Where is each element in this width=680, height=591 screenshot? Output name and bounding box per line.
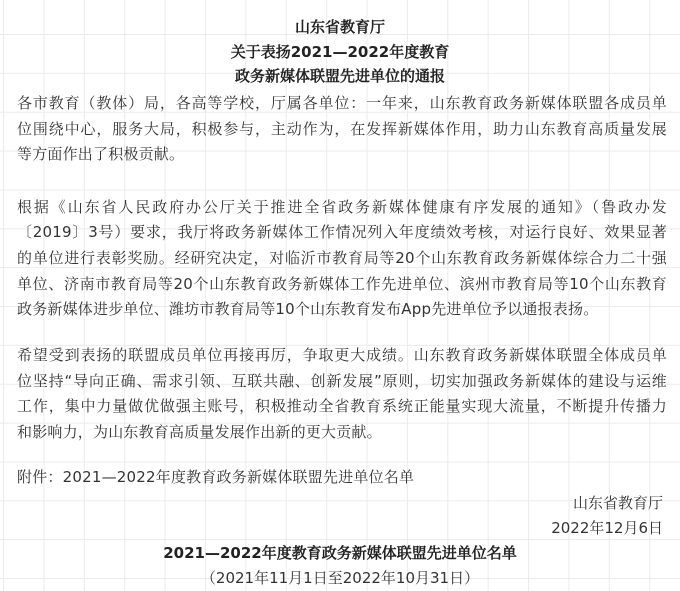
paragraph-line: 工作，集中力量做优做强主账号，积极推动全省教育系统正能量实现大流量，不断提升传播… [17, 393, 667, 419]
paragraph-line: 等方面作出了积极贡献。 [17, 141, 667, 167]
paragraph-line: 〔2019〕3号）要求，我厅将政务新媒体工作情况列入年度绩效考核，对运行良好、效… [17, 219, 667, 245]
paragraph-line: 政务新媒体进步单位、潍坊市教育局等10个山东教育发布App先进单位予以通报表扬。 [17, 296, 667, 322]
paragraph-line: 位坚持“导向正确、需求引领、互联共融、创新发展”原则，切实加强政务新媒体的建设与… [17, 368, 667, 394]
attachment-label: 附件：2021—2022年度教育政务新媒体联盟先进单位名单 [17, 464, 667, 490]
paragraph-line: 位围绕中心，服务大局，积极参与，主动作为，在发挥新媒体作用，助力山东教育高质量发… [17, 116, 667, 142]
notice-title-line-1: 关于表扬2021—2022年度教育 [0, 40, 680, 64]
issuer-heading: 山东省教育厅 [0, 15, 680, 39]
signature-issuer: 山东省教育厅 [573, 490, 663, 516]
signature-date: 2022年12月6日 [551, 515, 663, 541]
appendix-period: （2021年11月1日至2022年10月31日） [0, 565, 680, 591]
document-page: 山东省教育厅 关于表扬2021—2022年度教育 政务新媒体联盟先进单位的通报 … [0, 0, 680, 591]
appendix-title: 2021—2022年度教育政务新媒体联盟先进单位名单 [0, 541, 680, 565]
paragraph-line: 单位、济南市教育局等20个山东教育政务新媒体工作先进单位、滨州市教育局等10个山… [17, 271, 667, 297]
paragraph-line: 和影响力，为山东教育高质量发展作出新的更大贡献。 [17, 419, 667, 445]
paragraph-line: 的单位进行表彰奖励。经研究决定，对临沂市教育局等20个山东教育政务新媒体综合力二… [17, 245, 667, 271]
notice-title-line-2: 政务新媒体联盟先进单位的通报 [0, 64, 680, 88]
paragraph-line: 希望受到表扬的联盟成员单位再接再厉，争取更大成绩。山东教育政务新媒体联盟全体成员… [17, 342, 667, 368]
paragraph-line: 各市教育（教体）局，各高等学校，厅属各单位：一年来，山东教育政务新媒体联盟各成员… [17, 90, 667, 116]
paragraph-line: 根据《山东省人民政府办公厅关于推进全省政务新媒体健康有序发展的通知》（鲁政办发 [17, 194, 667, 220]
